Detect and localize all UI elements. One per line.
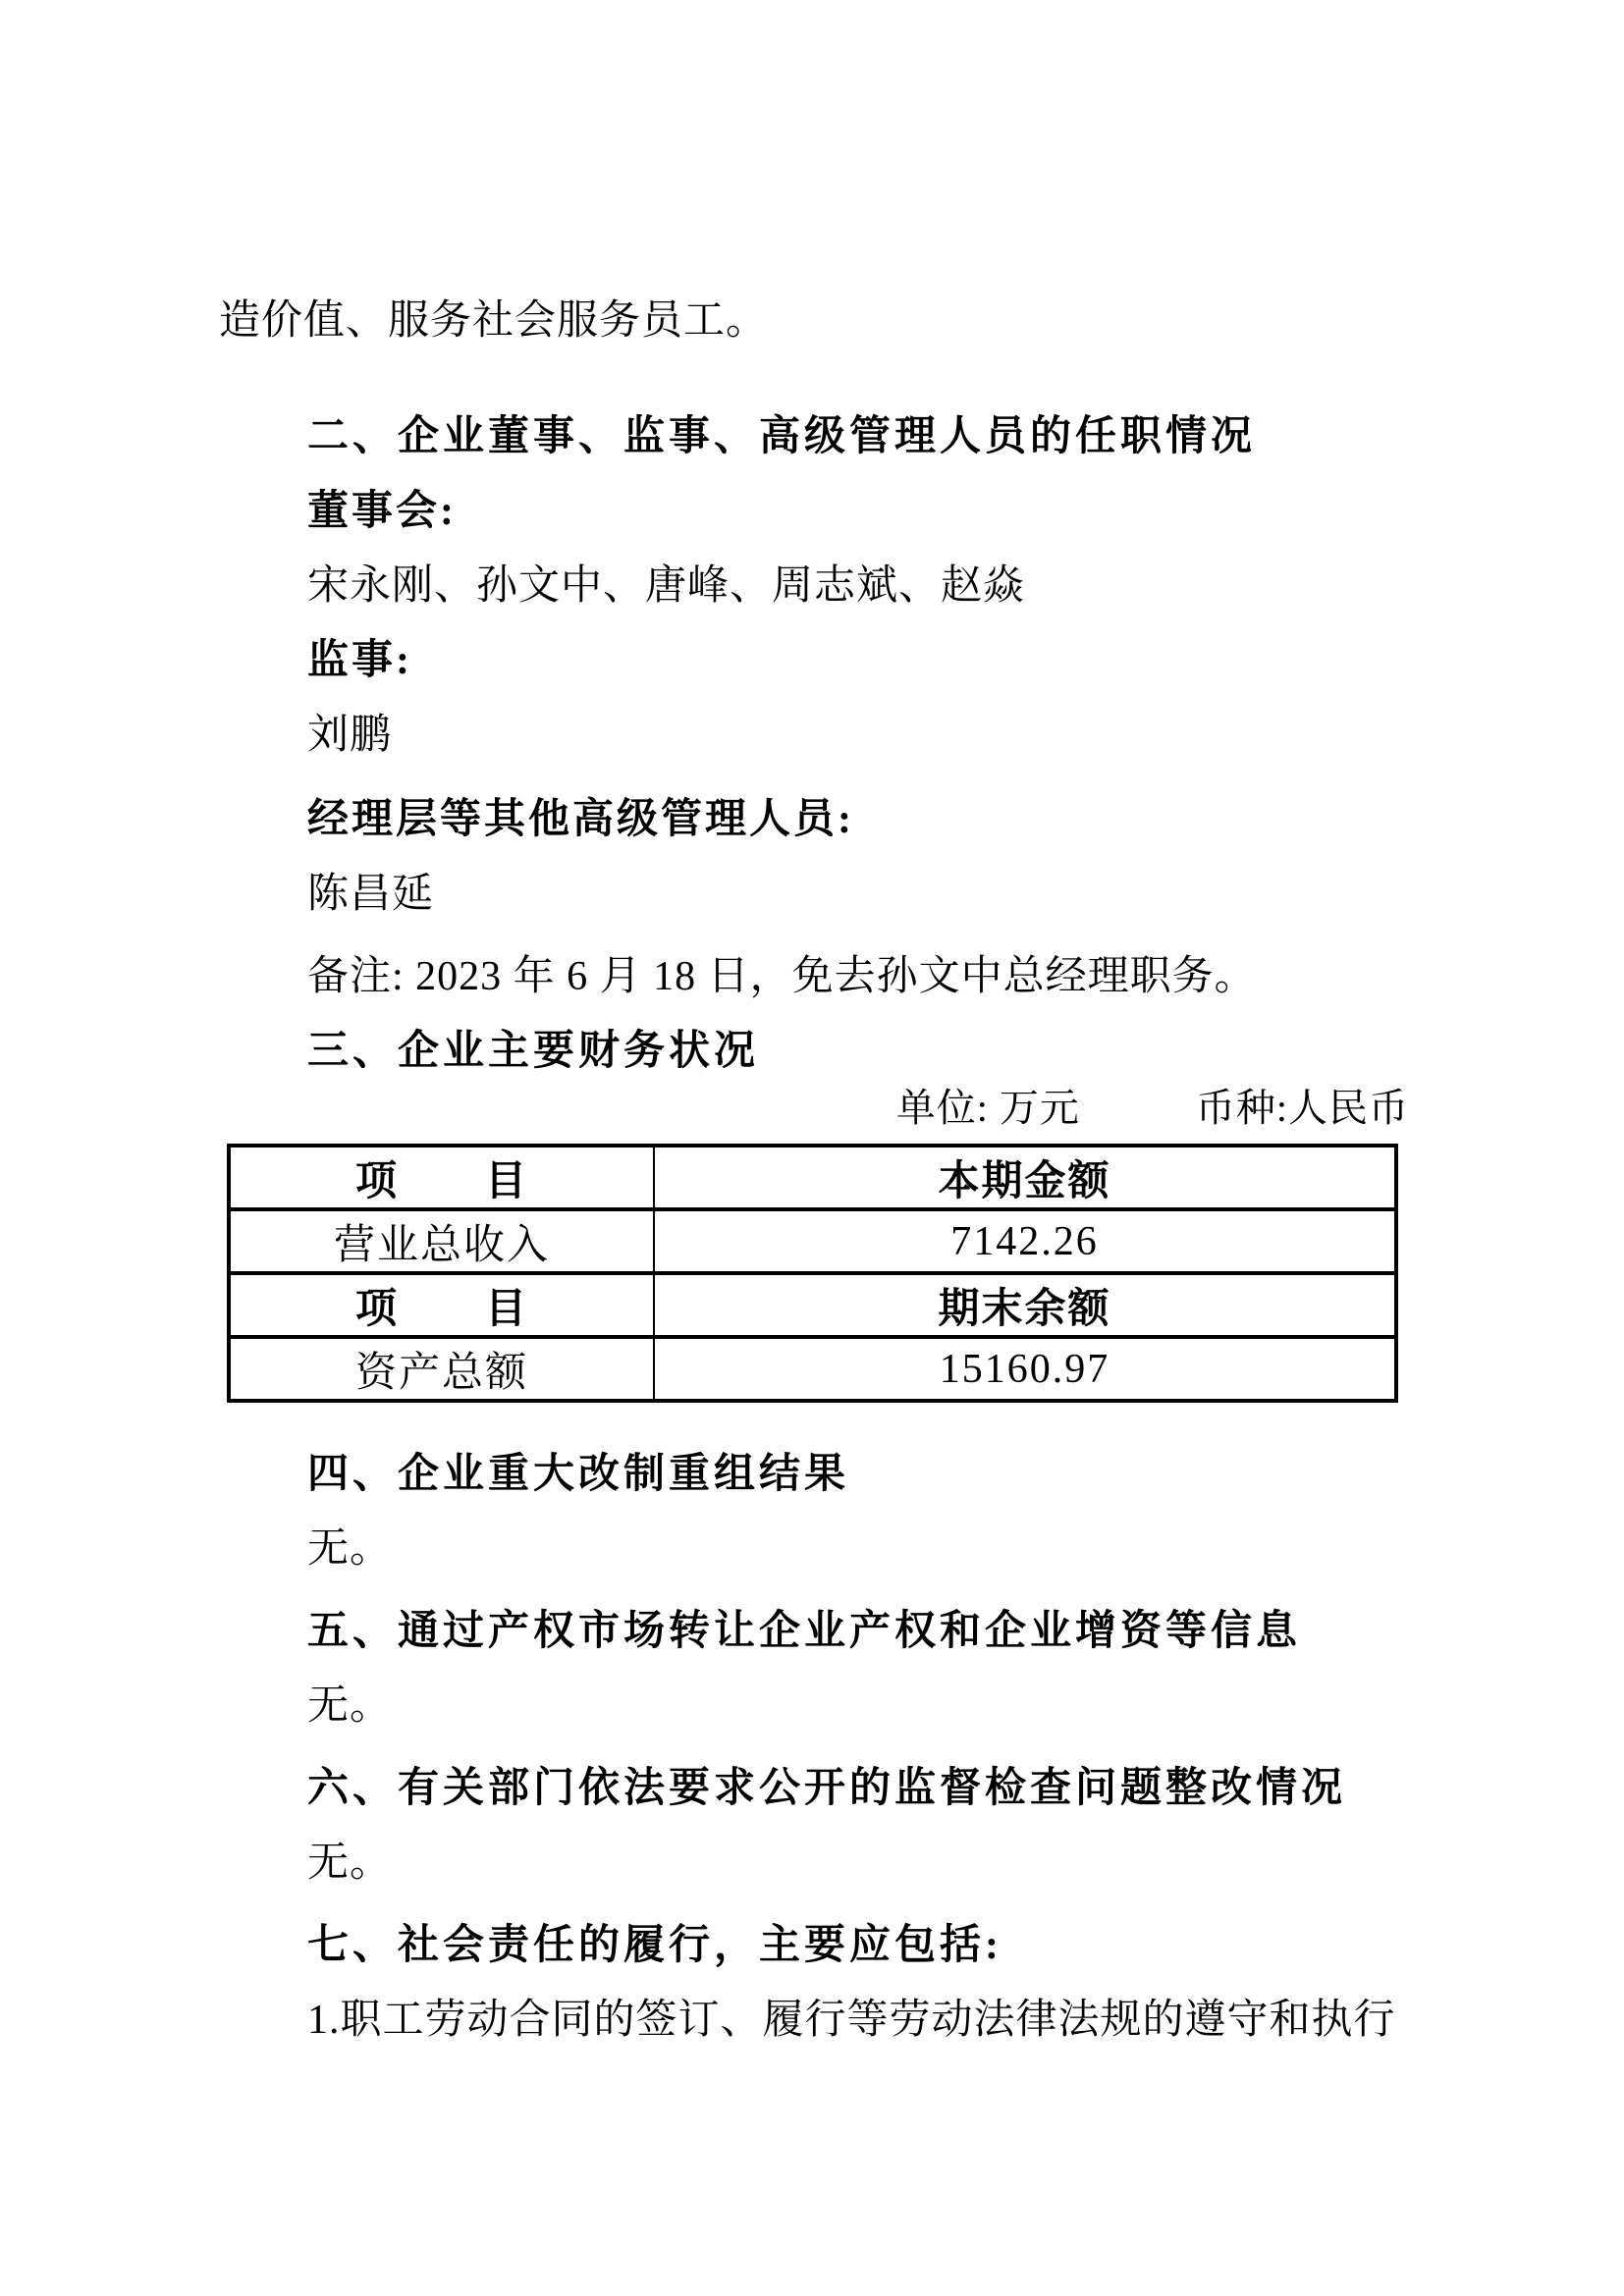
supervisor-names: 刘鹏	[219, 698, 1419, 773]
section-supervision-body: 无。	[219, 1826, 1419, 1900]
section-social-heading: 七、社会责任的履行，主要应包括:	[219, 1908, 1419, 1983]
page-content: 造价值、服务社会服务员工。 二、企业董事、监事、高级管理人员的任职情况 董事会:…	[219, 284, 1419, 2057]
section-transfer-heading: 五、通过产权市场转让企业产权和企业增资等信息	[219, 1594, 1419, 1669]
table-row-assets: 资产总额 15160.97	[229, 1337, 1396, 1401]
unit-text: 单位: 万元	[896, 1086, 1080, 1130]
section-supervision-heading: 六、有关部门依法要求公开的监督检查问题整改情况	[219, 1751, 1419, 1826]
note-text: 备注: 2023 年 6 月 18 日，免去孙文中总经理职务。	[219, 939, 1419, 1014]
table-row-header-balance: 项 目 期末余额	[229, 1273, 1396, 1337]
managers-label: 经理层等其他高级管理人员:	[219, 782, 1419, 857]
board-members: 宋永刚、孙文中、唐峰、周志斌、赵焱	[219, 549, 1419, 623]
supervisor-label: 监事:	[219, 623, 1419, 698]
financial-table: 项 目 本期金额 营业总收入 7142.26 项 目 期末余额 资产总额 151…	[227, 1144, 1398, 1403]
section-finance-heading: 三、企业主要财务状况	[219, 1014, 1419, 1089]
currency-text: 币种:人民币	[1196, 1086, 1409, 1130]
cell-amount-header: 本期金额	[654, 1146, 1396, 1209]
section-social-body: 1.职工劳动合同的签订、履行等劳动法律法规的遵守和执行	[219, 1983, 1419, 2057]
cell-item-header-2: 项 目	[229, 1273, 654, 1337]
manager-names: 陈昌延	[219, 857, 1419, 932]
section-officers-heading: 二、企业董事、监事、高级管理人员的任职情况	[219, 400, 1419, 474]
continuation-text: 造价值、服务社会服务员工。	[219, 284, 1419, 358]
table-row-header-amount: 项 目 本期金额	[229, 1146, 1396, 1209]
cell-revenue-value: 7142.26	[654, 1209, 1396, 1273]
section-restructuring-body: 无。	[219, 1512, 1419, 1586]
board-label: 董事会:	[219, 474, 1419, 549]
section-transfer-body: 无。	[219, 1669, 1419, 1743]
document-page: { "document": { "continuation_text": "造价…	[0, 0, 1624, 2296]
cell-assets-value: 15160.97	[654, 1337, 1396, 1401]
cell-revenue-label: 营业总收入	[229, 1209, 654, 1273]
section-restructuring-heading: 四、企业重大改制重组结果	[219, 1437, 1419, 1512]
cell-item-header: 项 目	[229, 1146, 654, 1209]
cell-assets-label: 资产总额	[229, 1337, 654, 1401]
table-row-revenue: 营业总收入 7142.26	[229, 1209, 1396, 1273]
cell-balance-header: 期末余额	[654, 1273, 1396, 1337]
